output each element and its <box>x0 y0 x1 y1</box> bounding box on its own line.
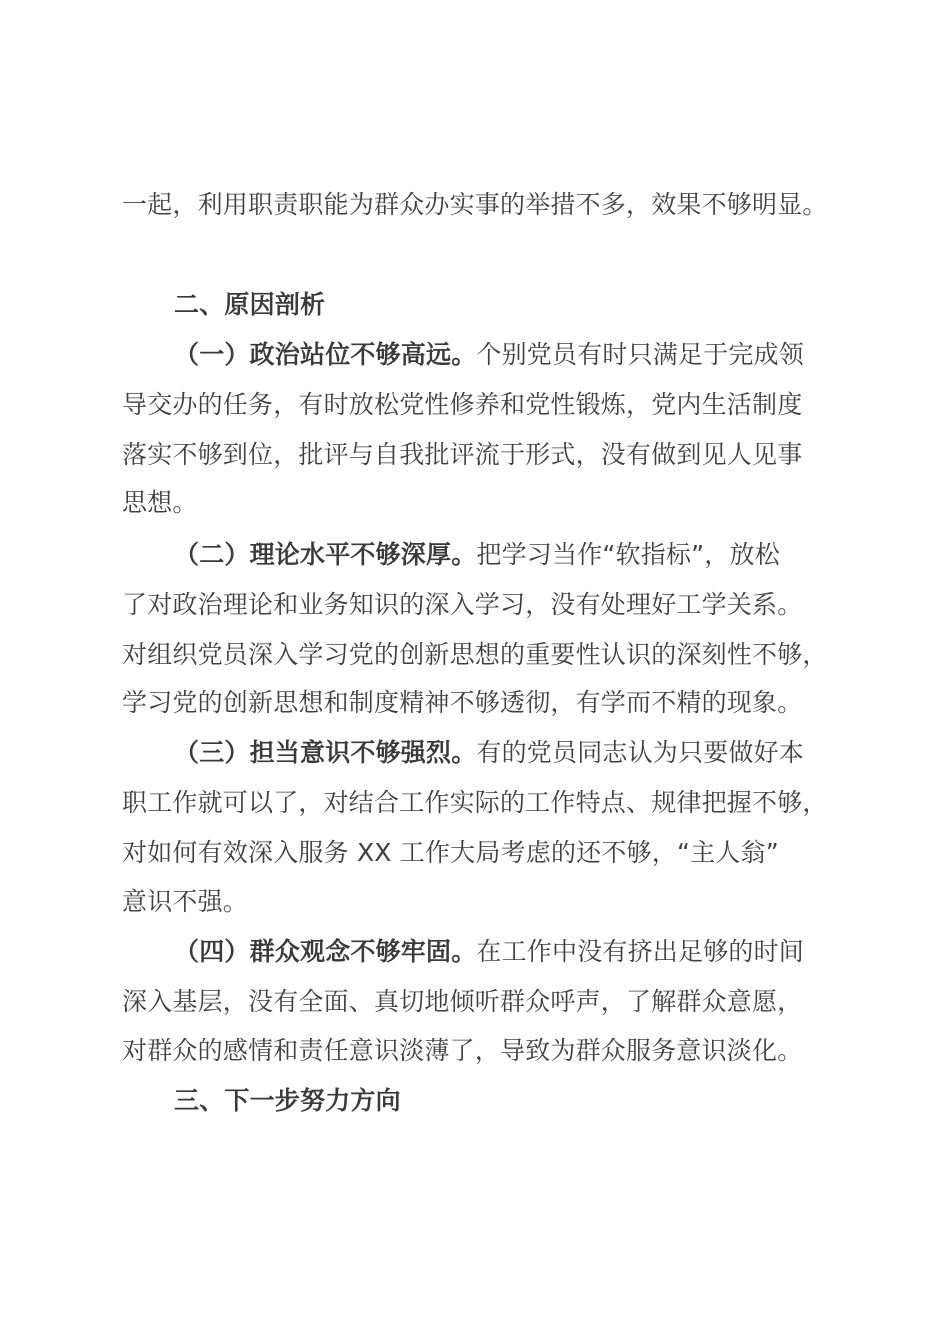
item-1-text: 个别党员有时只满足于完成领 <box>476 340 804 369</box>
item-2-title: （二）理论水平不够深厚。 <box>174 540 476 569</box>
item-1-first-line: （一）政治站位不够高远。个别党员有时只满足于完成领 <box>174 340 804 370</box>
paragraph-continuation: 一起，利用职责职能为群众办实事的举措不多，效果不够明显。 <box>122 190 828 220</box>
item-3-text: 有的党员同志认为只要做好本 <box>476 738 804 767</box>
item-2-first-line: （二）理论水平不够深厚。把学习当作“软指标”，放松 <box>174 540 780 570</box>
item-3-line: 职工作就可以了，对结合工作实际的工作特点、规律把握不够， <box>122 788 828 818</box>
item-3-title: （三）担当意识不够强烈。 <box>174 738 476 767</box>
item-4-line: 对群众的感情和责任意识淡薄了，导致为群众服务意识淡化。 <box>122 1036 802 1066</box>
section-heading-next-steps: 三、下一步努力方向 <box>174 1086 401 1116</box>
item-4-title: （四）群众观念不够牢固。 <box>174 937 476 966</box>
item-1-line: 落实不够到位，批评与自我批评流于形式，没有做到见人见事 <box>122 440 802 470</box>
section-heading-cause-analysis: 二、原因剖析 <box>174 290 325 320</box>
item-1-line: 导交办的任务，有时放松党性修养和党性锻炼，党内生活制度 <box>122 390 802 420</box>
item-1-title: （一）政治站位不够高远。 <box>174 340 476 369</box>
item-2-line: 学习党的创新思想和制度精神不够透彻，有学而不精的现象。 <box>122 688 802 718</box>
item-2-line: 对组织党员深入学习党的创新思想的重要性认识的深刻性不够， <box>122 640 828 670</box>
item-3-first-line: （三）担当意识不够强烈。有的党员同志认为只要做好本 <box>174 738 804 768</box>
item-2-line: 了对政治理论和业务知识的深入学习，没有处理好工学关系。 <box>122 590 802 620</box>
item-4-text: 在工作中没有挤出足够的时间 <box>476 937 804 966</box>
item-1-line: 思想。 <box>122 488 198 518</box>
item-4-first-line: （四）群众观念不够牢固。在工作中没有挤出足够的时间 <box>174 937 804 967</box>
item-3-line: 意识不强。 <box>122 887 248 917</box>
item-3-line: 对如何有效深入服务 XX 工作大局考虑的还不够，“主人翁” <box>122 838 779 868</box>
item-2-text: 把学习当作“软指标”，放松 <box>476 540 780 569</box>
item-4-line: 深入基层，没有全面、真切地倾听群众呼声，了解群众意愿， <box>122 987 802 1017</box>
